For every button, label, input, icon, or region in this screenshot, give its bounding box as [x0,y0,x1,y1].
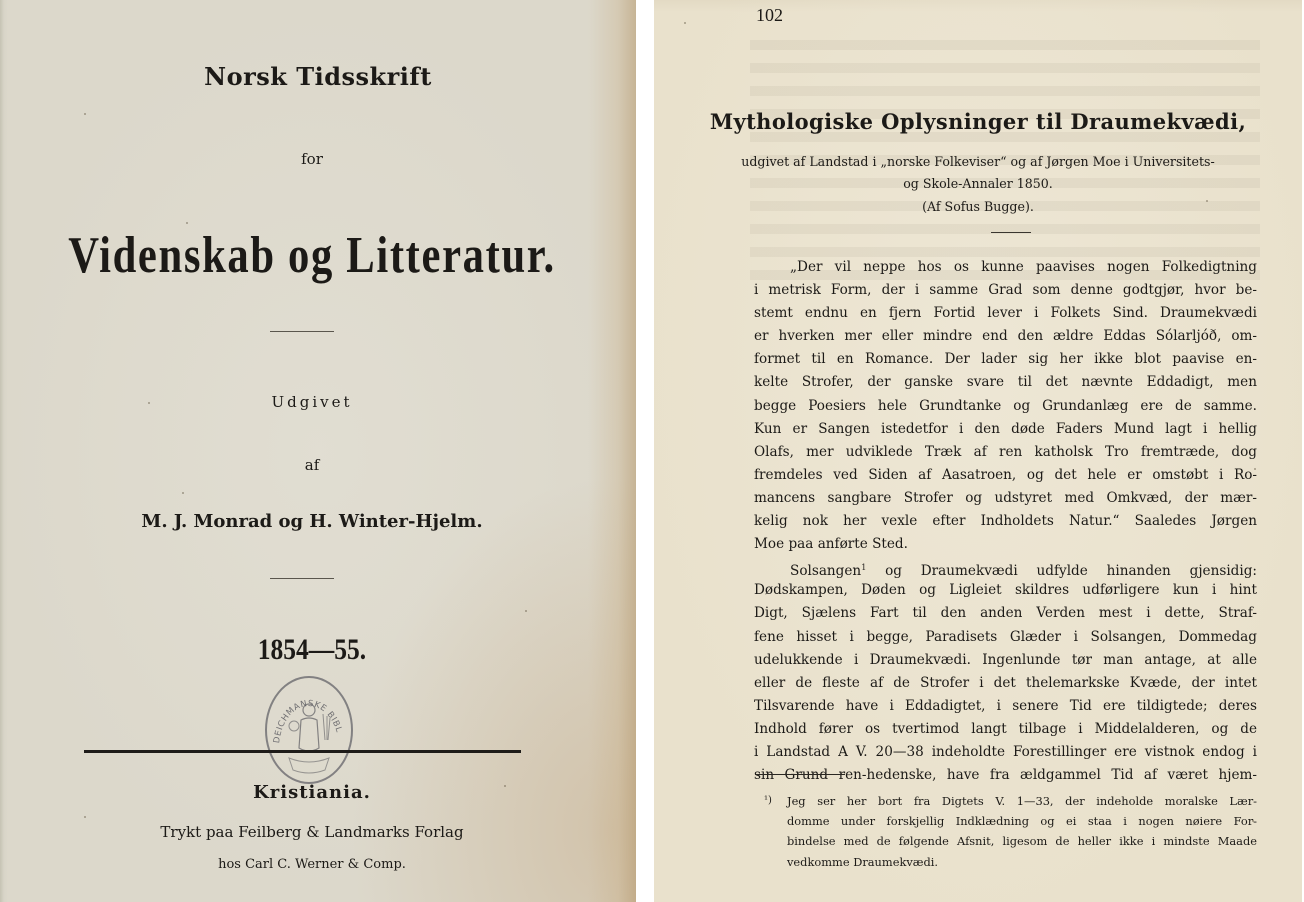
journal-title: Norsk Tidsskrift [0,62,636,91]
main-title: Videnskab og Litteratur. [51,226,573,285]
by-word: af [0,456,630,474]
footnote-line: Jeg ser her bort fra Digtets V. 1—33, de… [787,791,1257,811]
printer-line: Trykt paa Feilberg & Landmarks Forlag [0,823,630,841]
page-number: 102 [756,5,783,26]
article-title: Mythologiske Oplysninger til Draumekvædi… [654,109,1302,134]
footnote-rule [755,774,845,775]
body-line: eller de fleste af de Strofer i det thel… [754,672,1257,695]
right-page-article: 102 Mythologiske Oplysninger til Draumek… [654,0,1302,902]
body-line: stemt endnu en fjern Fortid lever i Folk… [754,302,1257,325]
footnote-line: bindelse med de følgende Afsnit, ligesom… [787,831,1257,851]
footnote-marker: ¹) [764,791,772,811]
footnote-line: vedkomme Draumekvædi. [787,852,1257,872]
stamp-emblem-icon: DEICHMANSKE BIBL [267,678,351,782]
body-line: fremdeles ved Siden af Aasatroen, og det… [754,464,1257,487]
article-subtitle-line: og Skole-Annaler 1850. [654,176,1302,191]
body-line: sin Grund ren-hedenske, have fra ældgamm… [754,764,1257,787]
body-line: Moe paa anførte Sted. [754,533,1257,556]
body-line: kelte Strofer, der ganske svare til det … [754,371,1257,394]
body-line: Indhold fører os tvertimod langt tilbage… [754,718,1257,741]
body-line: Kun er Sangen istedetfor i den døde Fade… [754,418,1257,441]
body-line: i metrisk Form, der i samme Grad som den… [754,279,1257,302]
footnote: ¹) Jeg ser her bort fra Digtets V. 1—33,… [787,791,1257,872]
footnote-line: domme under forskjellig Indklædning og e… [787,811,1257,831]
article-body: „Der vil neppe hos os kunne paavises nog… [754,256,1257,787]
left-page-title-page: Norsk Tidsskrift for Videnskab og Litter… [0,0,636,902]
body-line-with-footnote-ref: Solsangen1 og Draumekvædi udfylde hinand… [754,556,1257,579]
body-line: begge Poesiers hele Grundtanke og Grunda… [754,395,1257,418]
city-name: Kristiania. [0,782,630,803]
body-line: Tilsvarende have i Eddadigtet, i senere … [754,695,1257,718]
volume-years: 1854—55. [42,633,583,667]
editors-line: M. J. Monrad og H. Winter-Hjelm. [0,511,630,532]
short-divider-rule [270,578,334,579]
body-line: er hverken mer eller mindre end den ældr… [754,325,1257,348]
body-line: Olafs, mer udviklede Træk af ren kathols… [754,441,1257,464]
body-line: „Der vil neppe hos os kunne paavises nog… [754,256,1257,279]
body-line: kelig nok her vexle efter Indholdets Nat… [754,510,1257,533]
body-line: Digt, Sjælens Fart til den anden Verden … [754,602,1257,625]
svg-text:DEICHMANSKE BIBL: DEICHMANSKE BIBL [272,699,344,744]
body-line: mancens sangbare Strofer og udstyret med… [754,487,1257,510]
thick-divider-rule [84,750,521,753]
short-divider-rule [991,232,1031,233]
published-label: Udgivet [0,393,630,411]
library-stamp-icon: DEICHMANSKE BIBL [265,676,353,784]
publisher-line: hos Carl C. Werner & Comp. [0,857,630,872]
short-divider-rule [270,331,334,332]
body-line: fene hisset i begge, Paradisets Glæder i… [754,626,1257,649]
body-line: i Landstad A V. 20—38 indeholdte Foresti… [754,741,1257,764]
article-subtitle-line: udgivet af Landstad i „norske Folkeviser… [654,154,1302,169]
for-word: for [0,150,630,168]
article-author: (Af Sofus Bugge). [654,199,1302,214]
body-line: formet til en Romance. Der lader sig her… [754,348,1257,371]
body-text: og Draumekvædi udfylde hinanden gjensidi… [866,563,1257,579]
body-line: Dødskampen, Døden og Ligleiet skildres u… [754,579,1257,602]
body-line: udelukkende i Draumekvædi. Ingenlunde tø… [754,649,1257,672]
body-text: Solsangen [790,563,861,579]
